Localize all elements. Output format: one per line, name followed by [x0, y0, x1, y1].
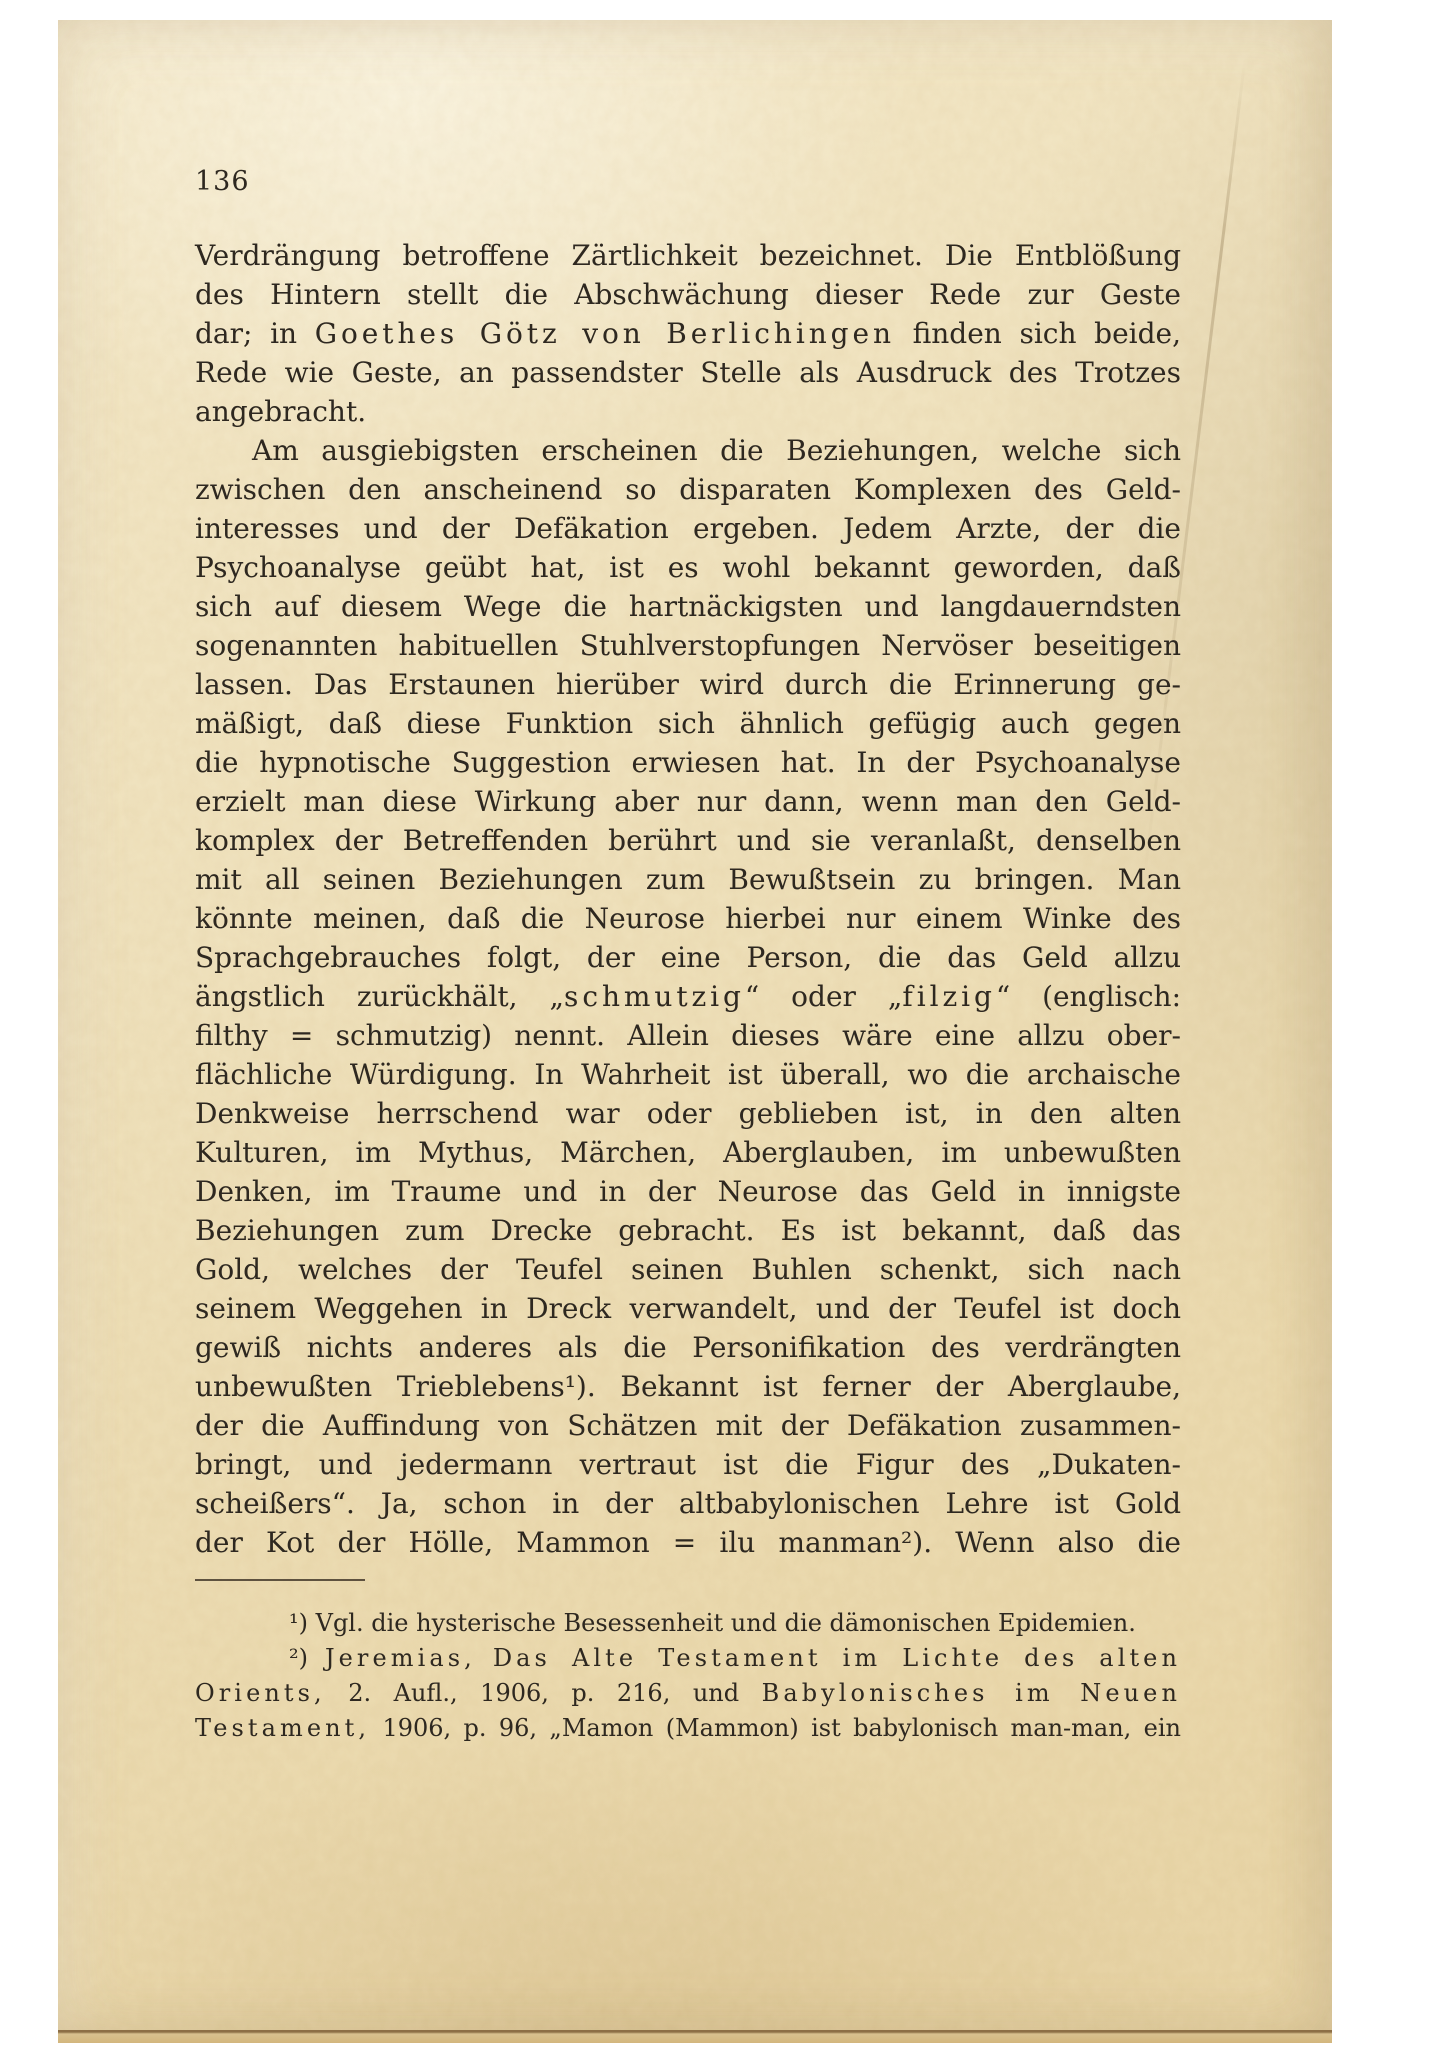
- text-line: Psychoanalyse geübt hat, ist es wohl bek…: [195, 548, 1181, 587]
- footnote-2: ²) Jeremias, Das Alte Testament im Licht…: [195, 1641, 1181, 1746]
- text-line: könnte meinen, daß die Neurose hierbei n…: [195, 899, 1181, 938]
- footnote-1: ¹) Vgl. die hysterische Besessenheit und…: [195, 1606, 1181, 1641]
- text-line: angebracht.: [195, 392, 1181, 431]
- footnotes: ¹) Vgl. die hysterische Besessenheit und…: [195, 1606, 1181, 1746]
- text-line: erzielt man diese Wirkung aber nur dann,…: [195, 782, 1181, 821]
- footnote-line: ²) Jeremias, Das Alte Testament im Licht…: [195, 1641, 1181, 1676]
- footnote-line: Orients, 2. Aufl., 1906, p. 216, und Bab…: [195, 1676, 1181, 1711]
- text-line: Kulturen, im Mythus, Märchen, Aberglaube…: [195, 1133, 1181, 1172]
- text-line: des Hintern stellt die Abschwächung dies…: [195, 275, 1181, 314]
- text-line: flächliche Würdigung. In Wahrheit ist üb…: [195, 1055, 1181, 1094]
- text-line: seinem Weggehen in Dreck verwandelt, und…: [195, 1289, 1181, 1328]
- text-line: komplex der Betreffenden berührt und sie…: [195, 821, 1181, 860]
- footnote-line: Testament, 1906, p. 96, „Mamon (Mammon) …: [195, 1711, 1181, 1746]
- text-line: unbewußten Trieblebens¹). Bekannt ist fe…: [195, 1367, 1181, 1406]
- text-line: Gold, welches der Teufel seinen Buhlen s…: [195, 1250, 1181, 1289]
- paragraph-continued-from-previous-page: Verdrängung betroffene Zärtlichkeit beze…: [195, 236, 1181, 431]
- text-line: Denken, im Traume und in der Neurose das…: [195, 1172, 1181, 1211]
- text-line: dar; in Goethes Götz von Berlichingen fi…: [195, 314, 1181, 353]
- text-line: Sprachgebrauches folgt, der eine Person,…: [195, 938, 1181, 977]
- text-line: ängstlich zurückhält, „schmutzig“ oder „…: [195, 977, 1181, 1016]
- footnote-separator-rule: [195, 1579, 365, 1581]
- text-line: lassen. Das Erstaunen hierüber wird durc…: [195, 665, 1181, 704]
- footnote-line: ¹) Vgl. die hysterische Besessenheit und…: [195, 1606, 1181, 1641]
- text-line: mit all seinen Beziehungen zum Bewußtsei…: [195, 860, 1181, 899]
- text-line: mäßigt, daß diese Funktion sich ähnlich …: [195, 704, 1181, 743]
- text-line: interesses und der Defäkation ergeben. J…: [195, 509, 1181, 548]
- text-line: zwischen den anscheinend so disparaten K…: [195, 470, 1181, 509]
- text-line: Denkweise herrschend war oder geblieben …: [195, 1094, 1181, 1133]
- text-line: Verdrängung betroffene Zärtlichkeit beze…: [195, 236, 1181, 275]
- text-line: der die Auffindung von Schätzen mit der …: [195, 1406, 1181, 1445]
- text-line: sogenannten habituellen Stuhlverstopfung…: [195, 626, 1181, 665]
- page-number: 136: [195, 166, 250, 197]
- text-line: scheißers“. Ja, schon in der altbabyloni…: [195, 1484, 1181, 1523]
- main-text: Verdrängung betroffene Zärtlichkeit beze…: [195, 236, 1181, 1562]
- text-line: sich auf diesem Wege die hartnäckigsten …: [195, 587, 1181, 626]
- text-line: Beziehungen zum Drecke gebracht. Es ist …: [195, 1211, 1181, 1250]
- text-line: bringt, und jedermann vertraut ist die F…: [195, 1445, 1181, 1484]
- book-page-scan: 136 Verdrängung betroffene Zärtlichkeit …: [58, 20, 1332, 2043]
- text-line: der Kot der Hölle, Mammon = ilu manman²)…: [195, 1523, 1181, 1562]
- page-bottom-edge: [58, 2030, 1332, 2043]
- text-line: gewiß nichts anderes als die Personifika…: [195, 1328, 1181, 1367]
- paragraph-main: Am ausgiebigsten erscheinen die Beziehun…: [195, 431, 1181, 1562]
- text-line: die hypnotische Suggestion erwiesen hat.…: [195, 743, 1181, 782]
- text-line: Rede wie Geste, an passendster Stelle al…: [195, 353, 1181, 392]
- text-line: Am ausgiebigsten erscheinen die Beziehun…: [195, 431, 1181, 470]
- text-line: filthy = schmutzig) nennt. Allein dieses…: [195, 1016, 1181, 1055]
